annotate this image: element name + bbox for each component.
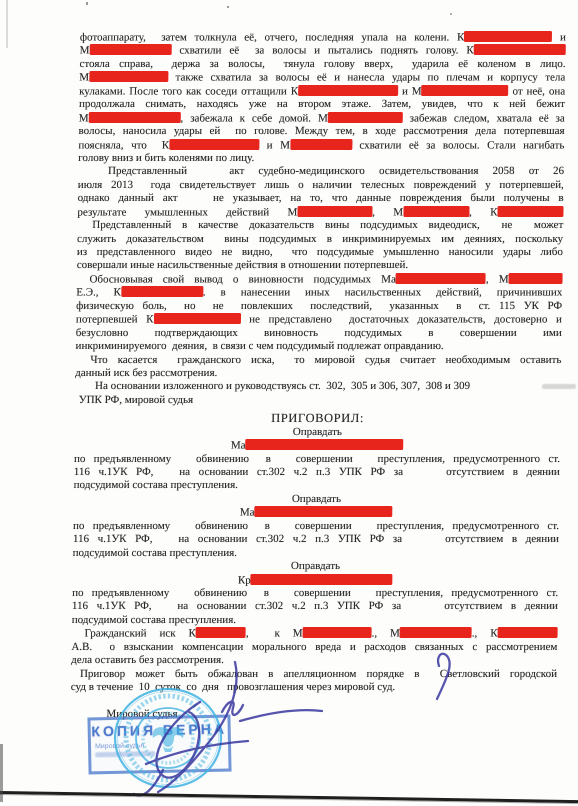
redaction-box [298,85,398,96]
text-run: безусловно подтверждающих виновность под… [76,327,562,339]
doc-line: подсудимой состава преступления. [73,547,559,560]
doc-line: по предъявленному обвинению в совершении… [73,520,559,533]
text-run: Ма [240,507,255,519]
scan-speck [227,6,229,8]
redaction-box [497,206,563,217]
stamp-subtitle: Мировой судья [95,741,228,751]
doc-line: М схватили её за волосы и пытались подня… [80,44,566,57]
doc-line: из представленного видео не видно, что п… [77,246,563,259]
doc-line: подсудимой состава преступления. [74,479,560,492]
doc-line: совершали иные насильственные действия в… [77,259,563,272]
text-run: однако данный акт не указывает, на то, ч… [78,192,564,204]
doc-line: потерпевшей К не представлено достаточны… [76,313,562,326]
doc-line: инкриминируемого деяния, в связи с чем п… [75,340,561,353]
doc-line: кулаками. После того как соседи оттащили… [79,85,565,98]
text-run: Оправдать [293,426,342,438]
doc-line: Оправдать [74,426,560,439]
doc-line: ПРИГОВОРИЛ: [74,412,560,425]
doc-line: Ма [74,439,560,452]
doc-line: Представленный в качестве доказательств … [77,219,563,232]
doc-line: А.В. о взыскании компенсации морального … [71,641,557,654]
scan-speck [450,13,452,15]
redaction-box [396,273,486,284]
doc-line: Кр [72,574,558,587]
doc-line: Представленный акт судебно-медицинского … [78,165,564,178]
doc-line: Гражданский иск К, к М., М., К [71,627,557,640]
doc-line: М, забежала к себе домой. М забежав след… [79,112,565,125]
doc-line: волосы, наносила удары ей по голове. Меж… [78,125,564,138]
doc-line: 116 ч.1УК РФ, на основании ст.302 ч.2 п.… [72,600,558,613]
doc-line: по предъявленному обвинению в совершении… [74,453,560,466]
text-run: из представленного видео не видно, что п… [77,246,563,258]
redaction-box [498,627,558,638]
doc-line: поясняла, что К и М схватили её за волос… [78,139,564,152]
redaction-box [89,112,181,123]
redaction-box [422,85,509,96]
text-run: служить доказательством вины подсудимых … [77,233,563,245]
text-run: схватили её за волосы. Стали нагибать [352,139,565,151]
text-run: Представленный в качестве доказательств … [92,219,563,231]
doc-line: физическую боль, но не повлекших последс… [76,300,562,313]
doc-line: УПК РФ, мировой судья [75,394,561,407]
doc-line: безусловно подтверждающих виновность под… [76,327,562,340]
doc-line: июля 2013 года свидетельствует лишь о на… [78,179,564,192]
text-run: по предъявленному обвинению в совершении… [73,520,559,532]
text-run: ., М [372,628,400,640]
text-run: подсудимой состава преступления. [74,479,238,491]
text-run: продолжала снимать, находясь уже на втор… [79,98,565,110]
doc-line: подсудимой состава преступления. [72,614,558,627]
text-run: от неё, она [509,85,566,97]
redaction-box [89,44,171,55]
text-run: М [79,112,89,124]
text-run: УПК РФ, мировой судья [79,394,193,406]
redaction-box [169,139,259,150]
document-body: фотоаппарату, затем толкнула её, отчего,… [70,31,566,721]
text-run: Оправдать [291,560,340,572]
doc-line: Е.Э., К. в нанесении иных насильственных… [76,286,562,299]
redaction-box [245,439,403,450]
stamp-faded-line [95,751,155,757]
scan-smudge [542,384,576,389]
text-run: инкриминируемого деяния, в связи с чем п… [76,340,444,352]
text-run: , М [486,273,509,285]
text-run: по предъявленному обвинению в совершении… [72,587,558,599]
text-run: Что касается гражданского иска, то миров… [90,354,561,366]
redaction-box [328,112,403,123]
text-run: М [80,45,90,57]
doc-line [71,694,557,707]
page-left-edge-shadow [6,0,8,48]
text-run: Кр [238,574,251,586]
doc-line: суд в течение 10 суток со дня провозглаш… [71,681,557,694]
text-run: и [552,32,566,44]
redaction-box [121,286,203,297]
doc-line: Оправдать [73,493,559,506]
text-run: Представленный акт судебно-медицинского … [108,165,564,177]
doc-line: однако данный акт не указывает, на то, ч… [78,192,564,205]
text-run: забежав следом, хватала её за [403,112,565,124]
redaction-box [400,627,472,638]
doc-line: 116 ч.1УК РФ, на основании ст.302 ч.2 п.… [74,466,560,479]
text-run: , К [469,206,498,218]
doc-line: стояла справа, держа за волосы, тянула г… [79,58,565,71]
text-run: Обосновывая свой вывод о виновности подс… [89,273,396,285]
page-left-edge-mark [0,744,3,802]
redaction-box [251,574,393,585]
text-run: подсудимой состава преступления. [73,547,237,559]
text-run: . в нанесении иных насильственных действ… [203,287,563,299]
text-run: подсудимой состава преступления. [72,614,236,626]
text-run: 116 ч.1УК РФ, на основании ст.302 ч.2 п.… [73,533,559,545]
text-run: схватили её за волосы и пытались поднять… [171,45,473,57]
doc-line: Ма [73,506,559,519]
text-run: М [79,72,89,84]
doc-line: голову вниз и бить коленями по лицу. [78,152,564,165]
redaction-box [255,506,393,517]
doc-line: Обосновывая свой вывод о виновности подс… [76,273,562,286]
text-run: не представлено достаточных доказательст… [240,314,562,326]
redaction-box [196,627,246,638]
doc-line: служить доказательством вины подсудимых … [77,233,563,246]
text-run: ПРИГОВОРИЛ: [271,411,364,425]
text-run: Приговор может быть обжалован в апелляци… [80,668,557,680]
text-run: А.В. о взыскании компенсации морального … [71,641,557,653]
scanned-court-document: фотоаппарату, затем толкнула её, отчего,… [0,0,578,806]
redaction-box [290,139,352,150]
text-run: также схватила за волосы её и нанесла уд… [168,72,565,84]
text-run: Е.Э., К [76,287,121,299]
text-run: , М [372,206,403,218]
text-run: данный иск без рассмотрения. [75,367,217,379]
redaction-box [153,313,240,324]
text-run: Оправдать [292,493,341,505]
text-run: и М [398,85,422,97]
text-run: ., К [472,628,498,640]
doc-line: продолжала снимать, находясь уже на втор… [79,98,565,111]
text-run: поясняла, что К [78,139,169,151]
doc-line: Оправдать [72,560,558,573]
redaction-box [474,44,566,55]
text-run: фотоаппарату, затем толкнула её, отчего,… [80,32,465,44]
text-run: волосы, наносила удары ей по голове. Меж… [79,125,565,137]
redaction-box [303,627,372,638]
text-run: Ма [231,440,246,452]
doc-line: М также схватила за волосы её и нанесла … [79,71,565,84]
doc-line: Что касается гражданского иска, то миров… [75,354,561,367]
redaction-box [464,31,552,42]
doc-line: по предъявленному обвинению в совершении… [72,587,558,600]
redaction-box [89,71,168,82]
scan-speck [86,2,88,5]
text-run: и М [259,139,290,151]
text-run: по предъявленному обвинению в совершении… [74,453,560,465]
doc-line: фотоаппарату, затем толкнула её, отчего,… [80,31,566,44]
redaction-box [403,206,469,217]
text-run: стояла справа, держа за волосы, тянула г… [79,58,565,70]
doc-line: дела оставить без рассмотрения. [71,654,557,667]
text-run: физическую боль, но не повлекших последс… [76,300,562,312]
redaction-box [508,273,562,284]
text-run: голову вниз и бить коленями по лицу. [78,152,254,164]
text-run: потерпевшей К [76,314,154,326]
copy-certification-stamp: КОПИЯ ВЕРНА Мировой судья [87,715,231,775]
text-run: кулаками. После того как соседи оттащили… [79,85,298,97]
doc-line: результате умышленных действий М, М, К [77,206,563,219]
text-run: суд в течение 10 суток со дня провозглаш… [71,681,396,693]
doc-line: На основании изложенного и руководствуяс… [75,380,561,393]
text-run: июля 2013 года свидетельствует лишь о на… [78,179,564,191]
text-run: 116 ч.1УК РФ, на основании ст.302 ч.2 п.… [72,600,558,612]
text-run: 116 ч.1УК РФ, на основании ст.302 ч.2 п.… [74,466,560,478]
redaction-box [297,206,372,217]
text-run: совершали иные насильственные действия в… [77,259,409,271]
stamp-title: КОПИЯ ВЕРНА [91,721,228,740]
doc-line: 116 ч.1УК РФ, на основании ст.302 ч.2 п.… [73,533,559,546]
text-run: результате умышленных действий М [77,206,297,218]
doc-line: Приговор может быть обжалован в апелляци… [71,668,557,681]
text-run: , забежала к себе домой. М [180,112,327,124]
text-run: На основании изложенного и руководствуяс… [95,380,470,392]
text-run: дела оставить без рассмотрения. [71,654,224,666]
text-run: Гражданский иск К [84,628,196,640]
text-run: , к М [246,628,303,640]
doc-line: данный иск без рассмотрения. [75,367,561,380]
